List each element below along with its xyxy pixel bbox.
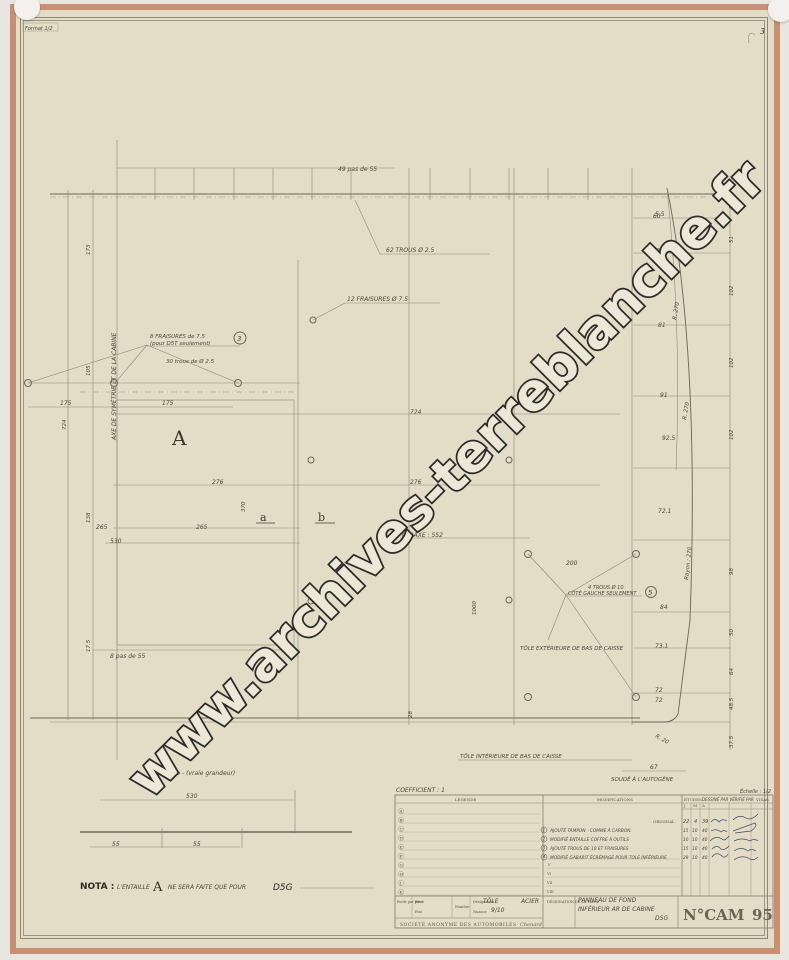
- thickness-value: 9/10: [491, 907, 505, 914]
- mod-text: MODIFIÉ GABARIT ÉCRÉMAGE POUR TOLE INFÉR…: [550, 853, 667, 861]
- svg-text:724: 724: [62, 419, 68, 430]
- coefficient-label: COEFFICIENT : 1: [396, 787, 445, 794]
- svg-text:17.5: 17.5: [86, 639, 92, 652]
- modifications-header: MODIFICATIONS: [597, 797, 633, 802]
- pitch-bottom-label: 8 pas de 55: [110, 653, 145, 660]
- nota-prefix: NOTA :: [80, 882, 114, 892]
- mod-num: 1: [543, 828, 546, 834]
- checked-header: DESSINÉ PAR VÉRIFIÉ PAR: [702, 797, 754, 802]
- date-col-a: A: [701, 803, 705, 808]
- mod-month: 10: [692, 846, 698, 852]
- radius-1: R. 270: [672, 301, 681, 320]
- legend-letter: C: [400, 827, 403, 832]
- original-label: ORIGINAL: [653, 819, 675, 824]
- material-type: ACIER: [520, 898, 539, 905]
- legend-letter: F: [400, 854, 403, 859]
- svg-text:50: 50: [729, 629, 735, 636]
- mod-month: 10: [692, 828, 698, 834]
- radius-2: R. 270: [682, 401, 691, 420]
- legend-letter: B: [400, 818, 403, 823]
- nota-suffix: NE SERA FAITE QUE POUR: [168, 884, 246, 891]
- mod-num: 2: [543, 837, 546, 843]
- mod-year: 40: [702, 846, 708, 852]
- svg-text:102: 102: [729, 285, 735, 296]
- legend-letter: G: [400, 863, 403, 868]
- svg-text:28: 28: [408, 711, 414, 718]
- part-model: D5G: [655, 915, 668, 922]
- mod-day: 29: [683, 855, 689, 861]
- dim-55-left: 55: [112, 841, 120, 848]
- mod-month: 10: [692, 855, 698, 861]
- corner-stamp: Format 1/2: [25, 26, 53, 32]
- number-label: Nombre: [455, 905, 469, 909]
- title-block: COEFFICIENT : 1 Échelle : 1/2: [395, 787, 773, 928]
- drawing-number: 95: [752, 906, 773, 924]
- radius-4: R. 20: [654, 734, 670, 747]
- svg-text:60: 60: [653, 213, 661, 220]
- svg-text:72: 72: [655, 687, 663, 694]
- svg-text:370: 370: [241, 501, 247, 512]
- callout-3: 3: [237, 335, 241, 343]
- mod-text: AJOUTÉ TROUS DE 10 ET FRAISURES: [549, 844, 629, 852]
- svg-text:48.5: 48.5: [729, 697, 735, 710]
- fraisures-8-label: 8 FRAISURES de 7.5: [150, 334, 206, 340]
- original-year: 39: [702, 819, 708, 825]
- legend-letter: H: [400, 872, 404, 877]
- svg-text:102: 102: [729, 357, 735, 368]
- dim-175-right: 175: [162, 400, 174, 407]
- dim-67: 67: [650, 764, 658, 771]
- svg-text:92.5: 92.5: [662, 435, 676, 442]
- technical-drawing: Format 1/2 3 49 pas de 55: [0, 0, 789, 960]
- mod-year: 40: [702, 837, 708, 843]
- legend-letter: J: [399, 881, 402, 886]
- original-day: 22: [683, 819, 689, 825]
- svg-text:102: 102: [729, 429, 735, 440]
- mod-month: 10: [692, 837, 698, 843]
- scale-label: Échelle : 1/2: [740, 787, 771, 795]
- dim-724: 724: [410, 409, 422, 416]
- section-b-label: b: [318, 511, 325, 524]
- material-value: TÔLE: [483, 898, 499, 905]
- section-a-label: a: [260, 511, 267, 524]
- weight-fin-label: Fini: [415, 910, 423, 914]
- svg-text:73.1: 73.1: [655, 643, 668, 650]
- nota-model: D5G: [273, 883, 293, 893]
- svg-text:84: 84: [660, 604, 668, 611]
- nota-letter: A: [152, 880, 163, 895]
- svg-text:138: 138: [86, 512, 92, 523]
- sheet-mark: 3: [760, 27, 765, 36]
- holes-30-label: 30 trous de Ø 2.5: [166, 358, 215, 365]
- outer-sill-label: TÔLE EXTÉRIEURE DE BAS DE CAISSE: [520, 644, 624, 652]
- svg-text:72: 72: [655, 697, 663, 704]
- mod-day: 15: [683, 846, 689, 852]
- dim-530-cut: 530: [186, 793, 198, 800]
- mod-year: 40: [702, 828, 708, 834]
- svg-text:81: 81: [658, 322, 666, 329]
- company-name: SOCIÉTÉ ANONYME DES AUTOMOBILES: [400, 920, 517, 928]
- legend-letter: D: [400, 836, 403, 841]
- dim-265-left: 265: [96, 524, 108, 531]
- dim-175-left: 175: [60, 400, 72, 407]
- mod-num: 3: [543, 846, 546, 852]
- nuance-label: Nuance: [473, 910, 487, 914]
- legend-letter: E: [400, 845, 403, 850]
- mod-day: 10: [683, 837, 689, 843]
- part-name-2: INFÉRIEUR AR DE CABINE: [578, 905, 655, 913]
- holes-62-label: 62 TROUS Ø 2.5: [386, 247, 435, 254]
- notch-label-a: A: [171, 426, 187, 450]
- row-label: VII: [546, 881, 553, 885]
- weld-label: SOUDÉ À L'AUTOGÈNE: [611, 775, 674, 783]
- pitch-top-label: 49 pas de 55: [338, 166, 377, 173]
- holes-12-label: 12 FRAISURES Ø 7.5: [347, 296, 408, 303]
- svg-text:98: 98: [729, 568, 735, 575]
- svg-text:1000: 1000: [472, 601, 478, 615]
- mod-year: 40: [702, 855, 708, 861]
- legend-header: LÉGENDE: [455, 797, 476, 802]
- weight-raw-label: Brut: [415, 900, 423, 904]
- row-label: VI: [546, 872, 552, 876]
- callout-5: 5: [648, 589, 653, 597]
- mod-text: MODIFIÉ ENTAILLE COFFRE À OUTILS: [550, 835, 629, 843]
- dim-276: 276: [212, 479, 224, 486]
- drawing-number-prefix: N°CAM: [683, 906, 744, 924]
- mod-num: 4: [543, 855, 546, 861]
- visa-header: VISAS: [755, 797, 769, 802]
- svg-text:105: 105: [86, 365, 92, 376]
- row-label: VIII: [546, 890, 554, 894]
- mod-day: 15: [683, 828, 689, 834]
- svg-text:64: 64: [729, 668, 735, 675]
- dim-200: 200: [566, 560, 578, 567]
- row-label: V: [547, 863, 551, 867]
- date-col-m: M: [693, 803, 697, 808]
- date-col-j: J: [683, 803, 686, 808]
- svg-text:72.1: 72.1: [658, 508, 671, 515]
- mod-text: AJOUTÉ TAMPON - COMME À CARBON.: [549, 826, 632, 834]
- inner-sill-label: TÔLE INTÉRIEURE DE BAS DE CAISSE: [460, 752, 562, 760]
- svg-text:37.5: 37.5: [729, 735, 735, 748]
- svg-text:91: 91: [660, 392, 668, 399]
- modification-rows: 1 AJOUTÉ TAMPON - COMME À CARBON. 15 10 …: [541, 826, 708, 861]
- nota-text: L'ENTAILLE: [117, 884, 150, 891]
- brand-logo: Chenard: [520, 922, 542, 928]
- dim-265: 265: [196, 524, 208, 531]
- dim-55-right: 55: [193, 841, 201, 848]
- original-month: 4: [694, 819, 697, 825]
- svg-text:173: 173: [86, 244, 92, 255]
- dim-530: 530: [110, 538, 122, 545]
- legend-letter: A: [399, 809, 403, 814]
- dates-header: ÉTUDES: [684, 797, 702, 802]
- part-name-1: PANNEAU DE FOND: [578, 897, 637, 904]
- holes-4-label: 4 TROUS Ø 10: [588, 584, 624, 591]
